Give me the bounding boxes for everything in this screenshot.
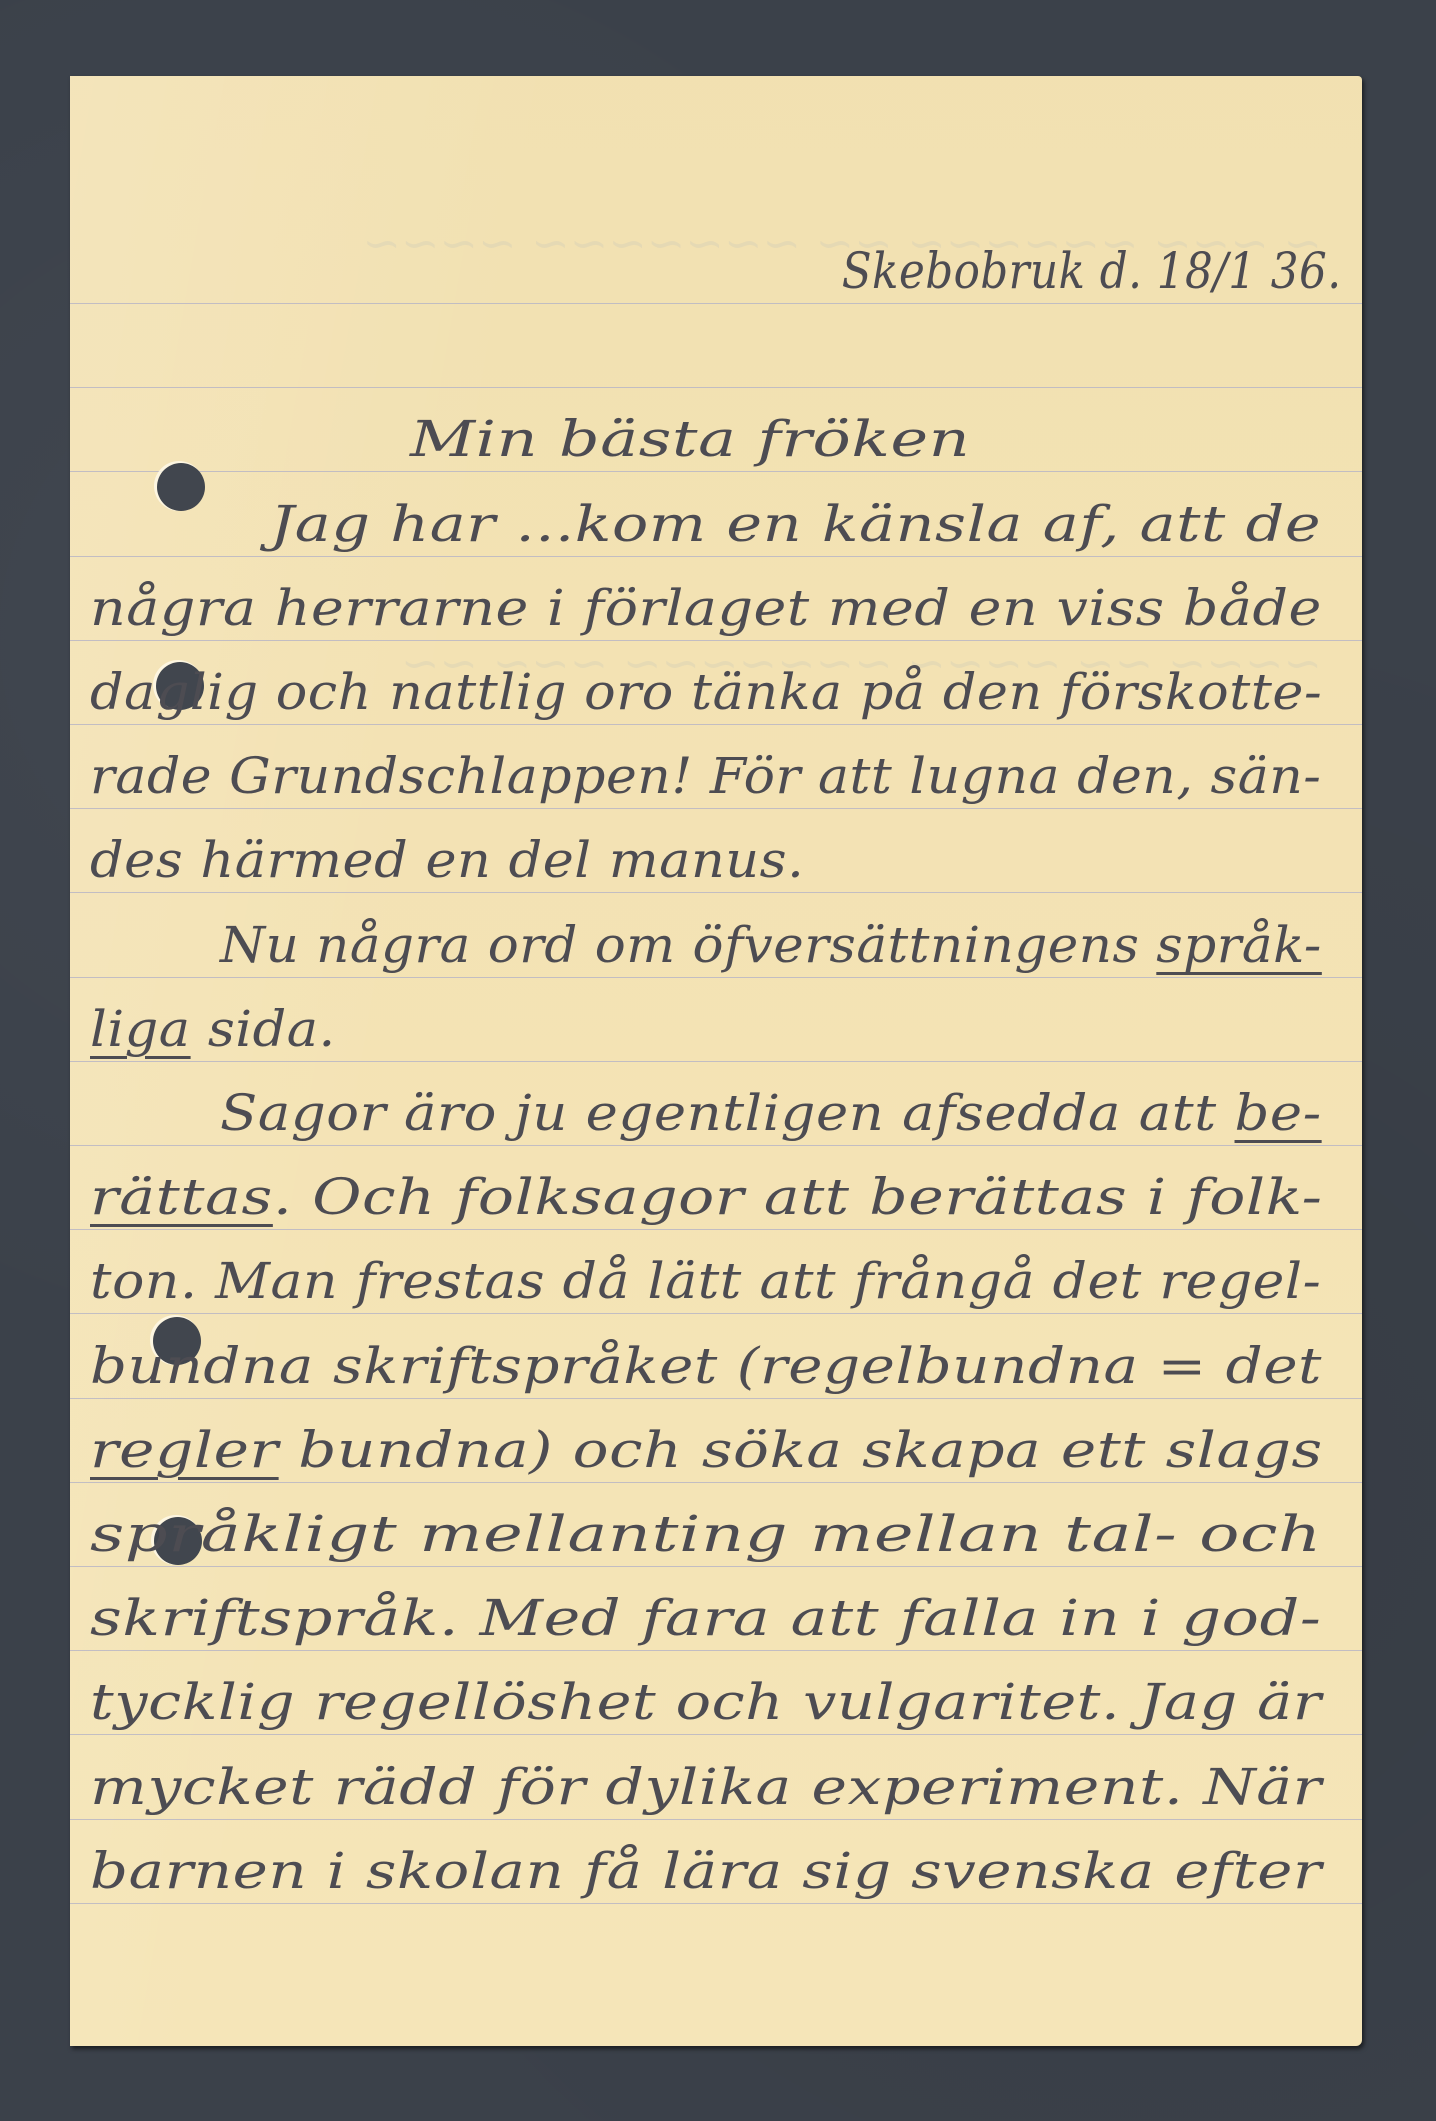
salutation: Min bästa fröken [410, 409, 970, 469]
ruled-line [70, 1566, 1362, 1567]
body-line: des härmed en del manus. [90, 830, 804, 890]
body-text: Sagor äro ju egentligen afsedda att [220, 1084, 1235, 1142]
ruled-line [70, 1819, 1362, 1820]
body-line: bundna skriftspråket (regelbundna = det [90, 1336, 1322, 1396]
underlined-word: språk- [1156, 916, 1322, 974]
body-line: regler bundna) och söka skapa ett slags [90, 1420, 1323, 1480]
ruled-line [70, 808, 1362, 809]
ruled-line [70, 1398, 1362, 1399]
ruled-line [70, 1903, 1362, 1904]
body-line: ton. Man frestas då lätt att frångå det … [90, 1251, 1321, 1311]
body-line: rättas. Och folksagor att berättas i fol… [90, 1167, 1322, 1227]
ruled-line [70, 387, 1362, 388]
body-line: språkligt mellanting mellan tal- och [90, 1504, 1322, 1564]
body-text: bundna) och söka skapa ett slags [279, 1421, 1323, 1479]
ruled-line [70, 1061, 1362, 1062]
underlined-word: liga [90, 1000, 191, 1058]
body-line: liga sida. [90, 999, 336, 1059]
ruled-line [70, 556, 1362, 557]
ruled-line [70, 1229, 1362, 1230]
ruled-line [70, 977, 1362, 978]
body-line: Nu några ord om öfversättningens språk- [220, 915, 1322, 975]
body-text: . Och folksagor att berättas i folk- [273, 1168, 1323, 1226]
ruled-line [70, 1145, 1362, 1146]
body-line: Jag har ...kom en känsla af, att de [270, 494, 1321, 554]
body-line: några herrarne i förlaget med en viss bå… [90, 578, 1322, 638]
punch-hole [157, 463, 205, 511]
body-line: Sagor äro ju egentligen afsedda att be- [220, 1083, 1322, 1143]
body-text: Nu några ord om öfversättningens [220, 916, 1156, 974]
body-line: tycklig regellöshet och vulgaritet. Jag … [90, 1672, 1322, 1732]
underlined-word: regler [90, 1421, 279, 1479]
body-text: sida. [191, 1000, 336, 1058]
ruled-line [70, 1482, 1362, 1483]
body-line: daglig och nattlig oro tänka på den förs… [90, 662, 1322, 722]
letter-page: ~ ~~~ ~~~~~~ ~~ ~~~~~~~ ~~~~ ~~~~ ~~ ~~~… [70, 76, 1362, 2046]
body-line: mycket rädd för dylika experiment. När [90, 1757, 1322, 1817]
ruled-line [70, 724, 1362, 725]
ruled-line [70, 1313, 1362, 1314]
body-line: skriftspråk. Med fara att falla in i god… [90, 1588, 1321, 1648]
body-line: barnen i skolan få lära sig svenska efte… [90, 1841, 1322, 1901]
ruled-line [70, 892, 1362, 893]
ruled-line [70, 303, 1362, 304]
ruled-line [70, 471, 1362, 472]
underlined-word: be- [1235, 1084, 1322, 1142]
ruled-line [70, 1734, 1362, 1735]
body-line: rade Grundschlappen! För att lugna den, … [90, 746, 1321, 806]
ruled-line [70, 1650, 1362, 1651]
underlined-word: rättas [90, 1168, 273, 1226]
dateline: Skebobruk d. 18/1 36. [842, 241, 1342, 301]
